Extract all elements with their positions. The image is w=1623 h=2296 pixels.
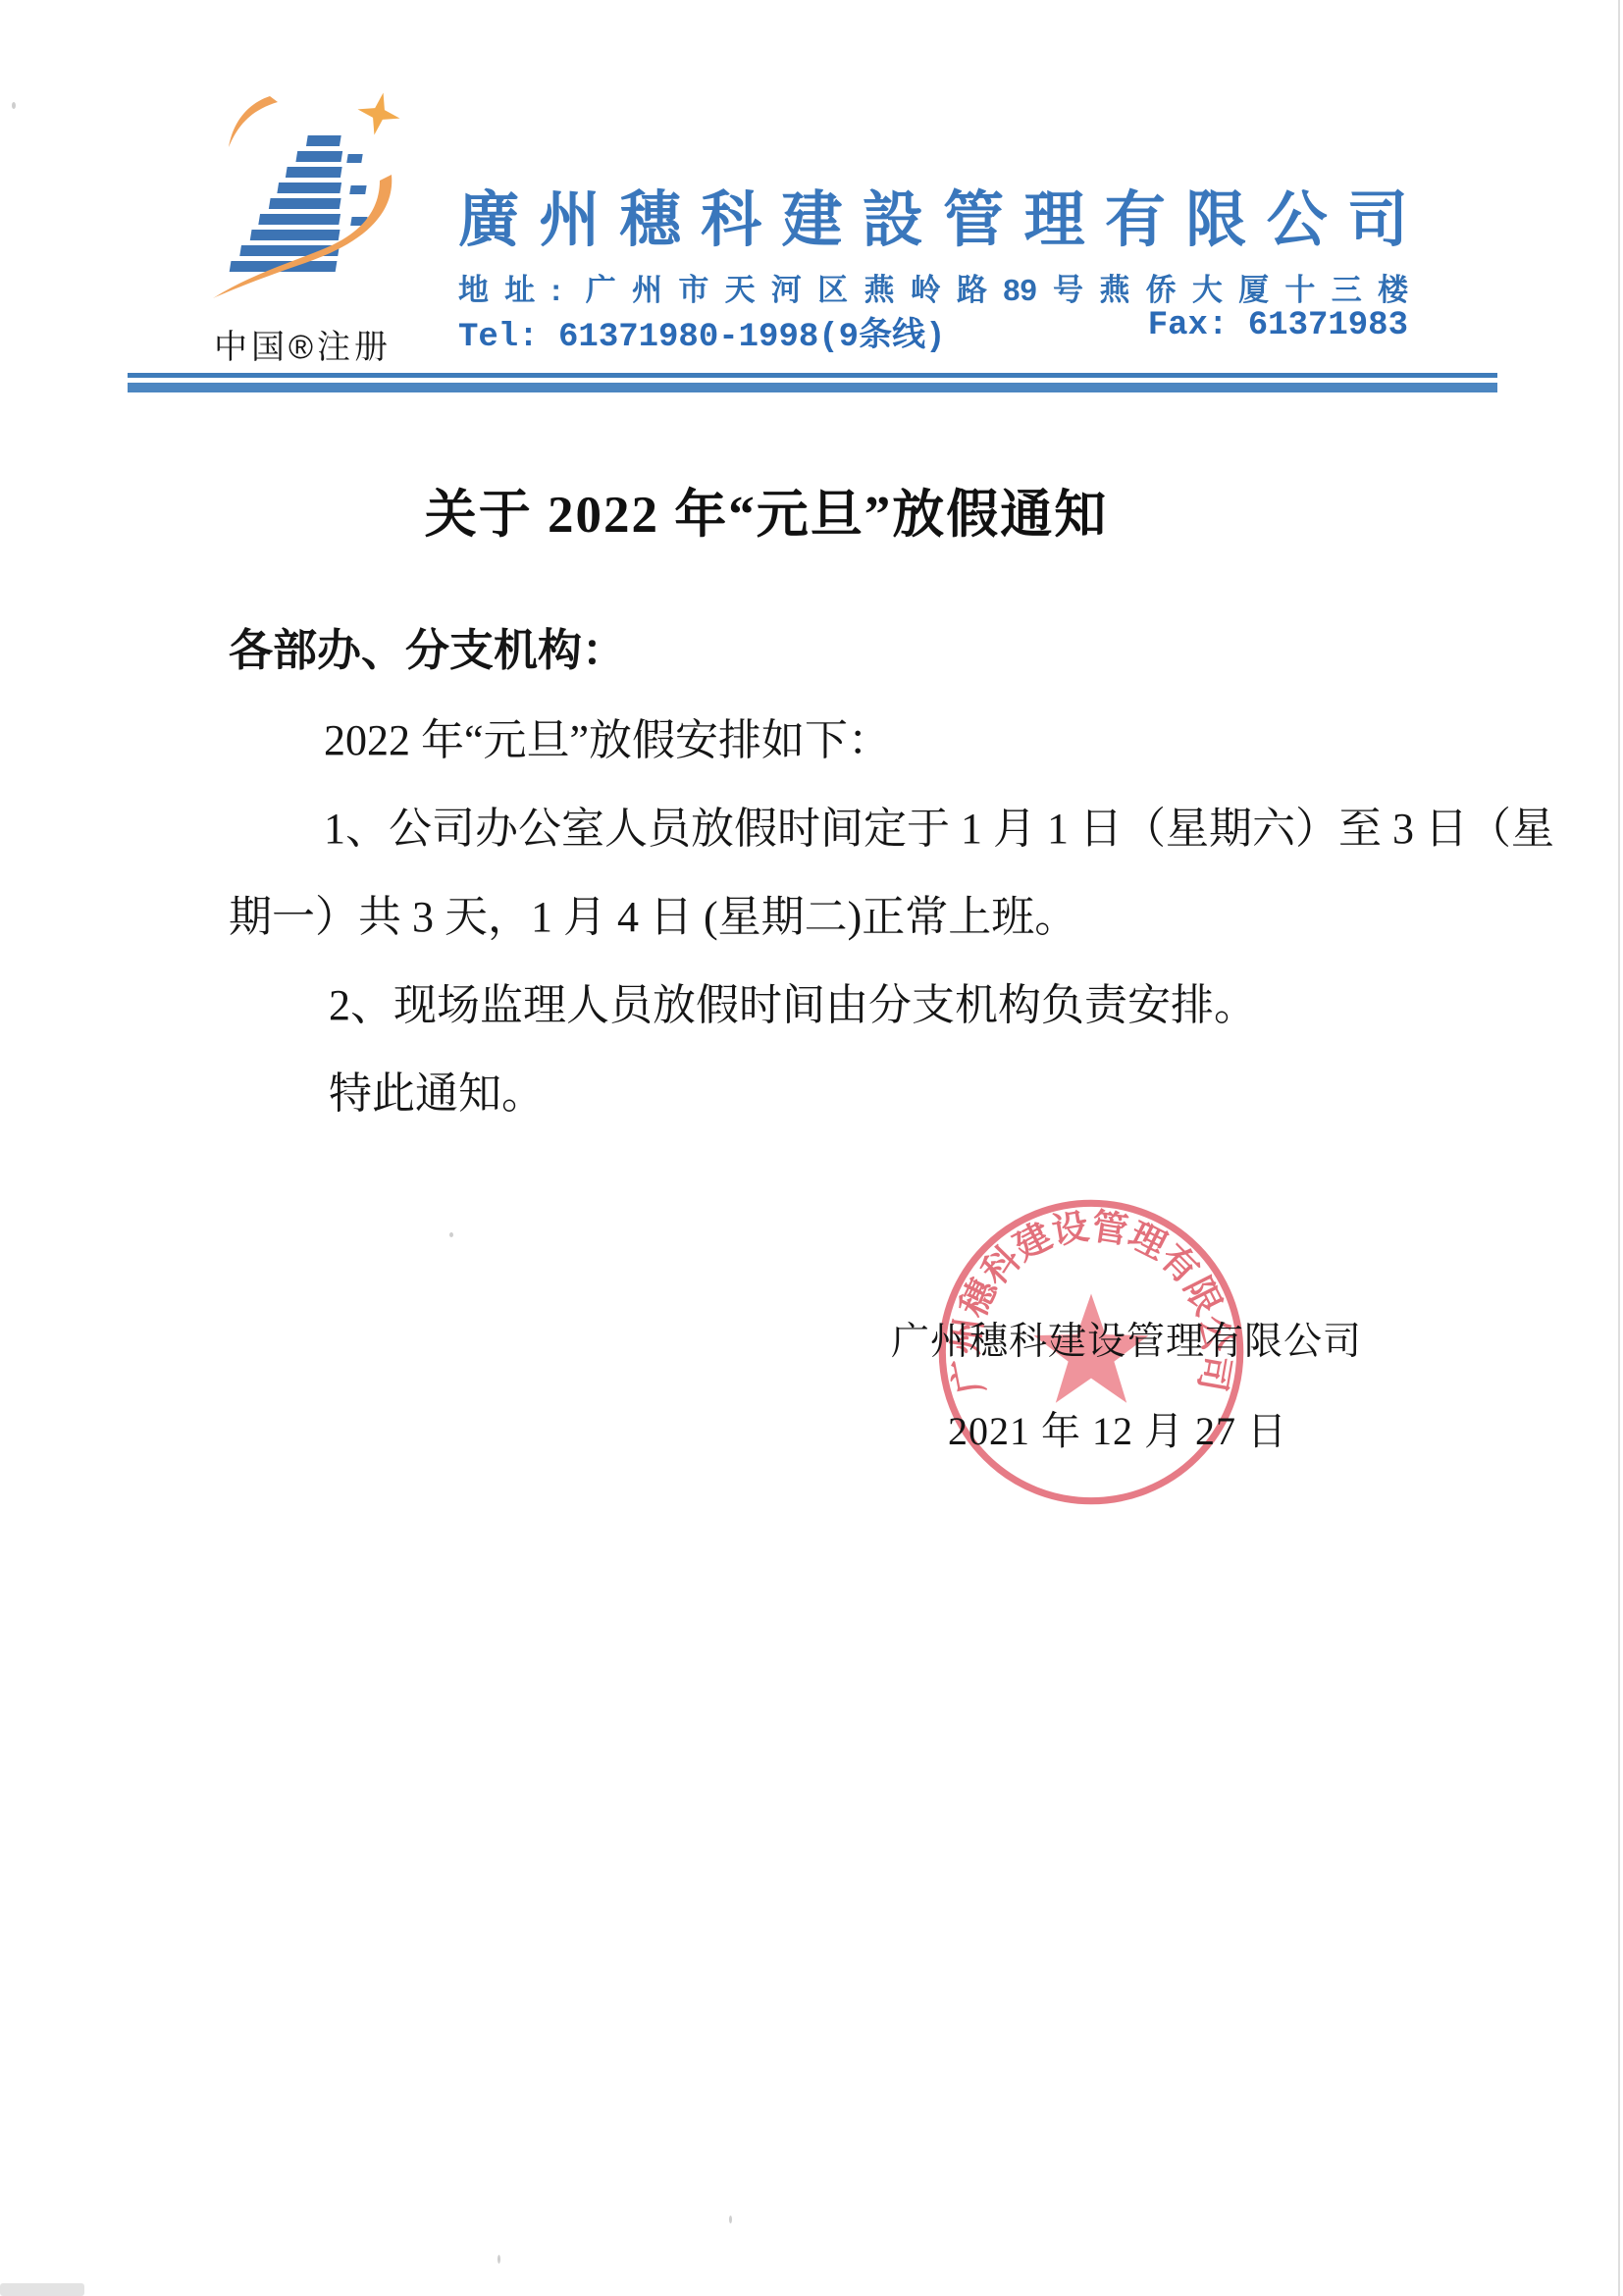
scan-speck: [497, 2255, 500, 2264]
registered-trademark-label: 中国®注册: [214, 320, 410, 368]
company-tel: Tel: 61371980-1998(9条线): [458, 307, 945, 356]
header-divider-thick-line: [128, 383, 1497, 392]
scan-speck: [12, 102, 16, 109]
contact-row: Tel: 61371980-1998(9条线) Fax: 61371983: [458, 307, 1408, 356]
notice-title: 关于 2022 年“元旦”放假通知: [0, 473, 1533, 548]
scan-edge-line: [1618, 0, 1620, 2296]
body-line-item1a: 1、公司办公室人员放假时间定于 1 月 1 日（星期六）至 3 日（星: [324, 793, 1554, 856]
company-name: 廣州穗科建設管理有限公司: [458, 171, 1408, 258]
logo-star-icon: [353, 90, 404, 139]
scan-corner-smudge: [0, 2283, 84, 2296]
header-divider: [128, 373, 1497, 392]
scan-speck: [729, 2216, 732, 2223]
closing-line: 特此通知。: [329, 1058, 545, 1121]
body-line-item2: 2、现场监理人员放假时间由分支机构负责安排。: [329, 969, 1257, 1032]
logo-swoosh-top: [229, 96, 278, 147]
company-address: 地址: 广州市天河区燕岭路89号燕侨大厦十三楼: [458, 265, 1408, 309]
company-fax: Fax: 61371983: [1148, 307, 1408, 356]
salutation-line: 各部办、分支机构：: [229, 614, 626, 678]
scan-speck: [449, 1232, 453, 1237]
body-line-intro: 2022 年“元旦”放假安排如下：: [324, 704, 891, 767]
body-line-item1b: 期一）共 3 天，1 月 4 日 (星期二)正常上班。: [229, 881, 1077, 944]
logo-building-bars: [230, 135, 381, 272]
signature-company: 广州穗科建设管理有限公司: [891, 1311, 1362, 1366]
company-logo-icon: [199, 90, 413, 316]
scanned-notice-page: 中国®注册 廣州穗科建設管理有限公司 地址: 广州市天河区燕岭路89号燕侨大厦十…: [0, 0, 1623, 2296]
signature-date: 2021 年 12 月 27 日: [948, 1400, 1287, 1456]
